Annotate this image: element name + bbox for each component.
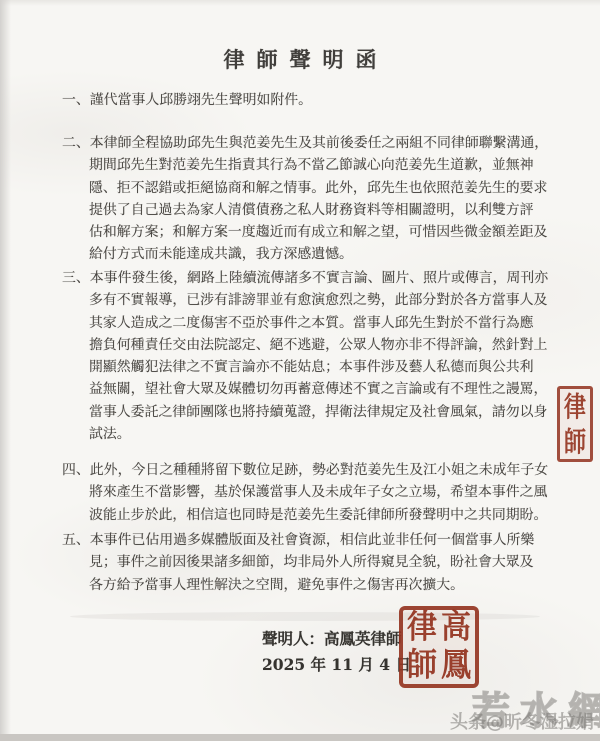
paragraph-line: 估和解方案；和解方案一度趨近而有成立和解之望，可惜因些微金額差距及 (62, 221, 564, 243)
paragraph-line: 見；事件之前因後果諸多細節，均非局外人所得窺見全貌，盼社會大眾及 (62, 551, 564, 573)
lawyer-signature-seal: 高 鳳 律 師 (399, 606, 479, 688)
paragraph-line: 隱、拒不認錯或拒絕協商和解之情事。此外，邱先生也依照范姜先生的要求 (62, 177, 564, 199)
paragraph-line: 將來產生不當影響，基於保護當事人及未成年子女之立場，希望本事件之風 (62, 481, 564, 503)
seal-character: 鳳 (441, 650, 471, 682)
paragraph-line: 多有不實報導，已涉有誹謗罪並有愈演愈烈之勢，此部分對於各方當事人及 (62, 289, 564, 311)
paragraph-line: 波能止步於此，相信這也同時是范姜先生委託律師所發聲明中之共同期盼。 (62, 504, 564, 526)
paragraph-line: 開顯然觸犯法律之不實言論亦不能姑息；本事件涉及藝人私德而與公共利 (62, 356, 564, 378)
statement-paragraph-5: 五、本事件已佔用過多媒體版面及社會資源，相信此並非任何一個當事人所樂 見；事件之… (62, 529, 564, 596)
paragraph-line: 益無關，望社會大眾及媒體切勿再蓄意傳述不實之言論或有不理性之謾罵， (62, 378, 564, 400)
paragraph-line: 試法。 (62, 423, 564, 445)
paragraph-line: 其家人造成之二度傷害不亞於事件之本質。當事人邱先生對於不當行為應 (62, 312, 564, 334)
seal-character: 高 (441, 612, 471, 644)
scan-edge-shadow-top (0, 0, 600, 6)
lawyer-side-seal: 律 師 (557, 386, 593, 462)
seal-character: 師 (407, 650, 437, 682)
statement-paragraph-4: 四、此外，今日之種種將留下數位足跡，勢必對范姜先生及江小姐之未成年子女 將來產生… (62, 459, 564, 526)
watermark-handle-text: 头条@昕冬湿拉娟 (450, 708, 594, 734)
statement-paragraph-3: 三、本事件發生後，網路上陸續流傳諸多不實言論、圖片、照片或傳言，周刊亦 多有不實… (62, 267, 564, 445)
paragraph-line: 三、本事件發生後，網路上陸續流傳諸多不實言論、圖片、照片或傳言，周刊亦 (62, 267, 564, 289)
paragraph-line: 五、本事件已佔用過多媒體版面及社會資源，相信此並非任何一個當事人所樂 (62, 529, 564, 551)
document-title: 律師聲明函 (0, 44, 600, 74)
paragraph-line: 期間邱先生對范姜先生指責其行為不當乙節誠心向范姜先生道歉，並無神 (62, 154, 564, 176)
signature-name-line: 聲明人：高鳳英律師 (262, 626, 411, 652)
paragraph-line: 一、謹代當事人邱勝翊先生聲明如附件。 (62, 89, 564, 111)
seal-character: 律 (564, 393, 586, 421)
paragraph-line: 當事人委託之律師團隊也將持續蒐證，捍衛法律規定及社會風氣，請勿以身 (62, 401, 564, 423)
paragraph-line: 四、此外，今日之種種將留下數位足跡，勢必對范姜先生及江小姐之未成年子女 (62, 459, 564, 481)
scan-edge-shadow-bottom (0, 734, 600, 741)
paragraph-line: 給付方式而未能達成共識，我方深感遺憾。 (62, 243, 564, 265)
paragraph-line: 二、本律師全程協助邱先生與范姜先生及其前後委任之兩組不同律師聯繫溝通， (62, 132, 564, 154)
statement-paragraph-2: 二、本律師全程協助邱先生與范姜先生及其前後委任之兩組不同律師聯繫溝通， 期間邱先… (62, 132, 564, 266)
statement-paragraph-1: 一、謹代當事人邱勝翊先生聲明如附件。 (62, 89, 564, 111)
paragraph-line: 擔負何種責任交由法院認定、絕不逃避，公眾人物亦非不得評論，然針對上 (62, 334, 564, 356)
paragraph-line: 各方給予當事人理性解決之空間，避免事件之傷害再次擴大。 (62, 574, 564, 596)
scan-edge-shadow-left (0, 0, 11, 741)
signature-block: 聲明人：高鳳英律師 2025 年 11 月 4 日 (262, 626, 411, 678)
signature-date-line: 2025 年 11 月 4 日 (262, 652, 411, 678)
seal-character: 師 (564, 428, 586, 456)
seal-character: 律 (407, 612, 437, 644)
paragraph-line: 提供了自己過去為家人清償債務之私人財務資料等相關證明，以利雙方評 (62, 199, 564, 221)
